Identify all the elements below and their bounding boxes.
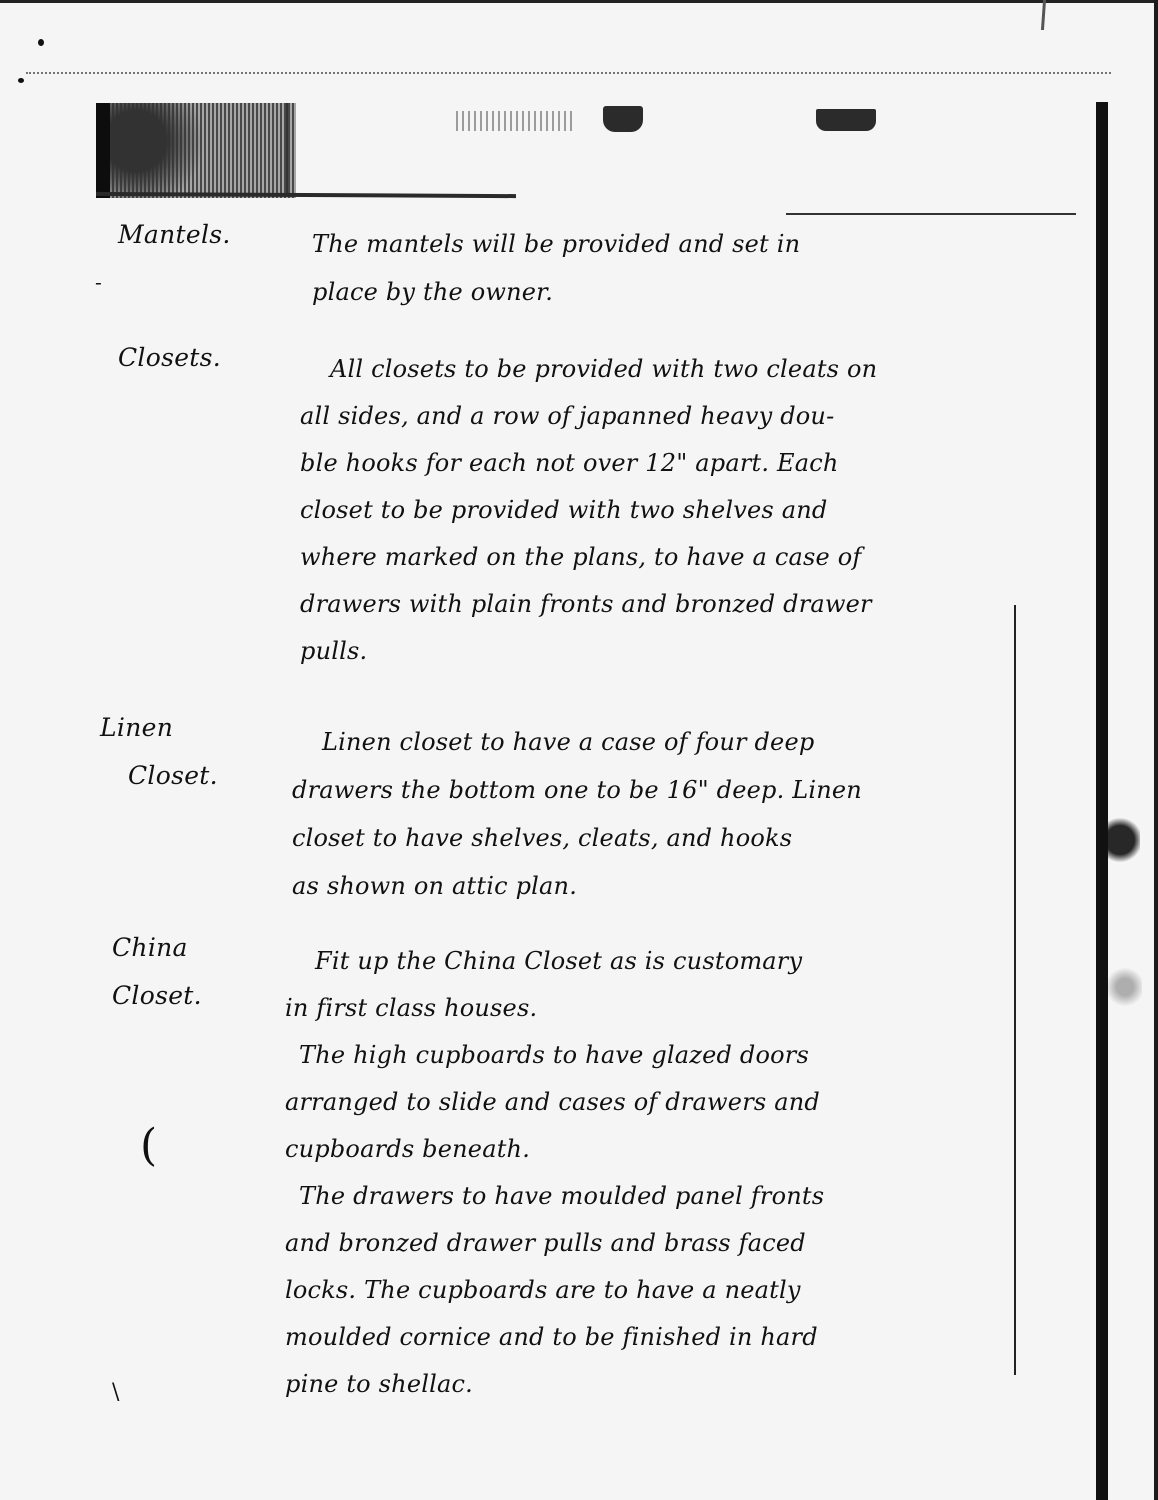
section-label-mantels: Mantels. bbox=[118, 213, 231, 257]
text-line: as shown on attic plan. bbox=[292, 862, 862, 910]
section-label-china-closet: China Closet. bbox=[112, 924, 202, 1020]
text-line: all sides, and a row of japanned heavy d… bbox=[300, 393, 877, 440]
text-line: The mantels will be provided and set in bbox=[312, 220, 800, 268]
margin-line bbox=[1014, 605, 1016, 1375]
scan-smudge bbox=[1100, 815, 1140, 865]
text-line: ble hooks for each not over 12" apart. E… bbox=[300, 440, 877, 487]
header-smudge bbox=[816, 109, 876, 131]
text-line: locks. The cupboards are to have a neatl… bbox=[285, 1267, 824, 1314]
text-line: arranged to slide and cases of drawers a… bbox=[285, 1079, 824, 1126]
obscured-letterhead bbox=[96, 103, 1108, 203]
document-page: Mantels. The mantels will be provided an… bbox=[0, 0, 1158, 1500]
speck bbox=[38, 39, 44, 46]
header-smudge bbox=[603, 106, 643, 132]
header-edge bbox=[96, 103, 110, 198]
margin-mark: - bbox=[95, 270, 102, 294]
text-line: and bronzed drawer pulls and brass faced bbox=[285, 1220, 824, 1267]
text-line: pulls. bbox=[300, 628, 877, 675]
margin-mark: \ bbox=[112, 1380, 119, 1405]
speck bbox=[18, 78, 24, 83]
section-body-linen-closet: Linen closet to have a case of four deep… bbox=[292, 718, 862, 910]
text-line: moulded cornice and to be finished in ha… bbox=[285, 1314, 824, 1361]
header-divider bbox=[286, 103, 288, 195]
label-line: Closets. bbox=[118, 343, 221, 372]
section-body-mantels: The mantels will be provided and set in … bbox=[312, 220, 800, 316]
section-body-closets: All closets to be provided with two clea… bbox=[300, 346, 877, 675]
header-rule bbox=[786, 213, 1076, 215]
text-line: in first class houses. bbox=[285, 985, 824, 1032]
text-line: closet to be provided with two shelves a… bbox=[300, 487, 877, 534]
dotted-rule bbox=[26, 72, 1111, 74]
scan-right-edge bbox=[1154, 0, 1158, 1500]
label-line: China bbox=[112, 924, 202, 972]
header-faint-text bbox=[456, 111, 576, 131]
section-label-closets: Closets. bbox=[118, 336, 221, 380]
scan-artifact bbox=[1041, 0, 1046, 30]
label-line: Linen bbox=[100, 704, 218, 752]
text-line: pine to shellac. bbox=[285, 1361, 824, 1408]
text-line: closet to have shelves, cleats, and hook… bbox=[292, 814, 862, 862]
section-body-china-closet: Fit up the China Closet as is customary … bbox=[285, 938, 824, 1408]
text-line: drawers the bottom one to be 16" deep. L… bbox=[292, 766, 862, 814]
text-line: All closets to be provided with two clea… bbox=[300, 346, 877, 393]
scan-top-edge bbox=[0, 0, 1158, 3]
text-line: The drawers to have moulded panel fronts bbox=[285, 1173, 824, 1220]
text-line: cupboards beneath. bbox=[285, 1126, 824, 1173]
text-line: place by the owner. bbox=[312, 268, 800, 316]
text-line: where marked on the plans, to have a cas… bbox=[300, 534, 877, 581]
text-line: Fit up the China Closet as is customary bbox=[285, 938, 824, 985]
right-border-line bbox=[1096, 102, 1108, 1500]
section-label-linen-closet: Linen Closet. bbox=[100, 704, 218, 800]
label-line: Closet. bbox=[100, 752, 218, 800]
label-line: Closet. bbox=[112, 972, 202, 1020]
header-smudge bbox=[96, 103, 296, 198]
text-line: The high cupboards to have glazed doors bbox=[285, 1032, 824, 1079]
scan-smudge bbox=[1108, 965, 1142, 1009]
label-line: Mantels. bbox=[118, 220, 231, 249]
text-line: Linen closet to have a case of four deep bbox=[292, 718, 862, 766]
text-line: drawers with plain fronts and bronzed dr… bbox=[300, 581, 877, 628]
margin-mark: ( bbox=[140, 1120, 157, 1171]
